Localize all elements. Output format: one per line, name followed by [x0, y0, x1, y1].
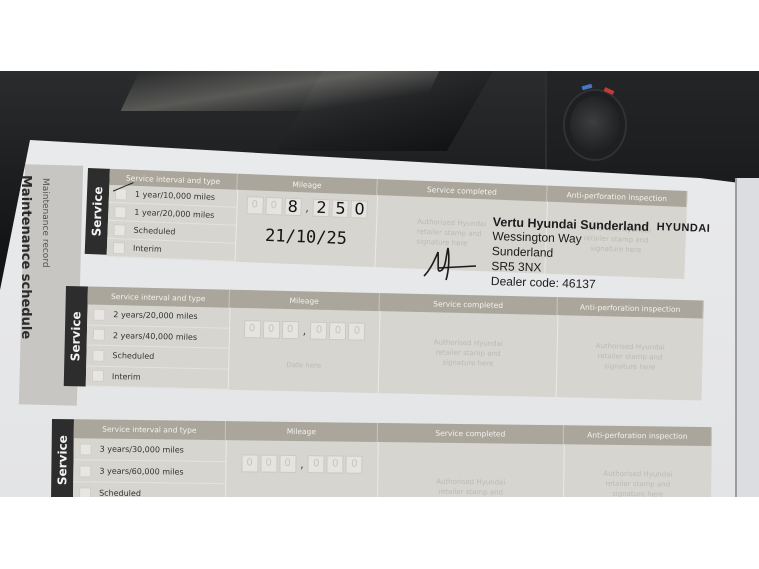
checkbox[interactable] [92, 349, 104, 361]
mileage-digit: 0 [281, 321, 298, 339]
mileage-digit: 0 [279, 455, 296, 473]
mileage-digit: 0 [308, 455, 325, 473]
interval-row[interactable]: 3 years/30,000 miles [73, 438, 225, 462]
interval-label: Interim [112, 372, 141, 382]
anti-perforation-cell[interactable]: Authorised Hyundai retailer stamp and si… [556, 315, 704, 400]
mileage-cell[interactable]: 0 0 8 , 2 5 0 21/10/25 [235, 190, 378, 267]
checkbox[interactable] [115, 188, 127, 200]
mileage-digit: 0 [260, 455, 277, 473]
mileage-boxes: 0 0 0 , 0 0 0 [241, 454, 363, 473]
mileage-digit: 0 [348, 322, 365, 340]
interval-label: Interim [133, 244, 162, 254]
section-subtitle: Maintenance record [40, 178, 50, 268]
checkbox[interactable] [93, 329, 105, 341]
service-tab: Service [64, 286, 88, 386]
interval-label: 2 years/40,000 miles [113, 331, 197, 342]
interval-label: Scheduled [133, 226, 175, 237]
header-interval: Service interval and type [74, 419, 226, 440]
signature-icon [420, 240, 480, 282]
booklet-right-page [735, 178, 759, 498]
interval-label: 1 year/20,000 miles [134, 208, 214, 220]
checkbox[interactable] [114, 206, 126, 218]
checkbox[interactable] [93, 308, 105, 320]
mileage-digit: 5 [332, 199, 350, 218]
header-mileage: Mileage [226, 421, 378, 442]
service-tab: Service [51, 419, 74, 501]
mileage-boxes: 0 0 0 , 0 0 0 [243, 320, 365, 341]
checkbox[interactable] [113, 242, 125, 254]
mileage-digit: 0 [246, 196, 264, 215]
interval-label: 1 year/10,000 miles [135, 190, 215, 202]
interval-list: 2 years/20,000 miles 2 years/40,000 mile… [86, 304, 230, 389]
car-interior-highlight [121, 71, 440, 111]
mileage-digit: 0 [310, 322, 327, 340]
mileage-digit: 2 [313, 199, 331, 218]
date-placeholder: Date here [286, 361, 321, 372]
mileage-digit: 8 [284, 198, 302, 217]
mileage-digit: 0 [243, 320, 260, 338]
interval-row[interactable]: 3 years/60,000 miles [73, 460, 225, 484]
mileage-digit: 0 [265, 197, 283, 216]
mileage-boxes: 0 0 8 , 2 5 0 [246, 196, 368, 219]
section-title: Maintenance schedule [18, 175, 33, 339]
mileage-digit: 0 [262, 320, 279, 338]
checkbox[interactable] [113, 224, 125, 236]
mileage-digit: 0 [327, 455, 344, 473]
climate-knob [565, 91, 625, 159]
mileage-digit: 0 [351, 200, 369, 219]
mileage-cell[interactable]: 0 0 0 , 0 0 0 Date here [228, 308, 380, 393]
service-completed-cell[interactable]: Authorised Hyundai retailer stamp and si… [378, 311, 558, 397]
interval-label: 2 years/20,000 miles [113, 310, 197, 321]
interval-row[interactable]: Interim [86, 366, 228, 390]
dealer-stamp: Vertu Hyundai Sunderland HYUNDAI Wessing… [491, 215, 650, 294]
interval-list: 1 year/10,000 miles 1 year/20,000 miles … [107, 185, 238, 262]
header-service-completed: Service completed [378, 423, 564, 444]
handwritten-date: 21/10/25 [265, 225, 348, 252]
mileage-digit: 0 [346, 456, 363, 474]
interval-label: 3 years/30,000 miles [100, 445, 184, 455]
brand-logo-text: HYUNDAI [657, 221, 711, 235]
mileage-digit: 0 [241, 454, 258, 472]
checkbox[interactable] [79, 465, 91, 477]
interval-label: Scheduled [112, 351, 154, 361]
header-anti-perforation: Anti-perforation inspection [564, 425, 712, 446]
checkbox[interactable] [92, 370, 104, 382]
checkbox[interactable] [80, 443, 92, 455]
mileage-digit: 0 [329, 322, 346, 340]
interval-label: 3 years/60,000 miles [99, 467, 183, 477]
bottom-margin [0, 497, 759, 569]
